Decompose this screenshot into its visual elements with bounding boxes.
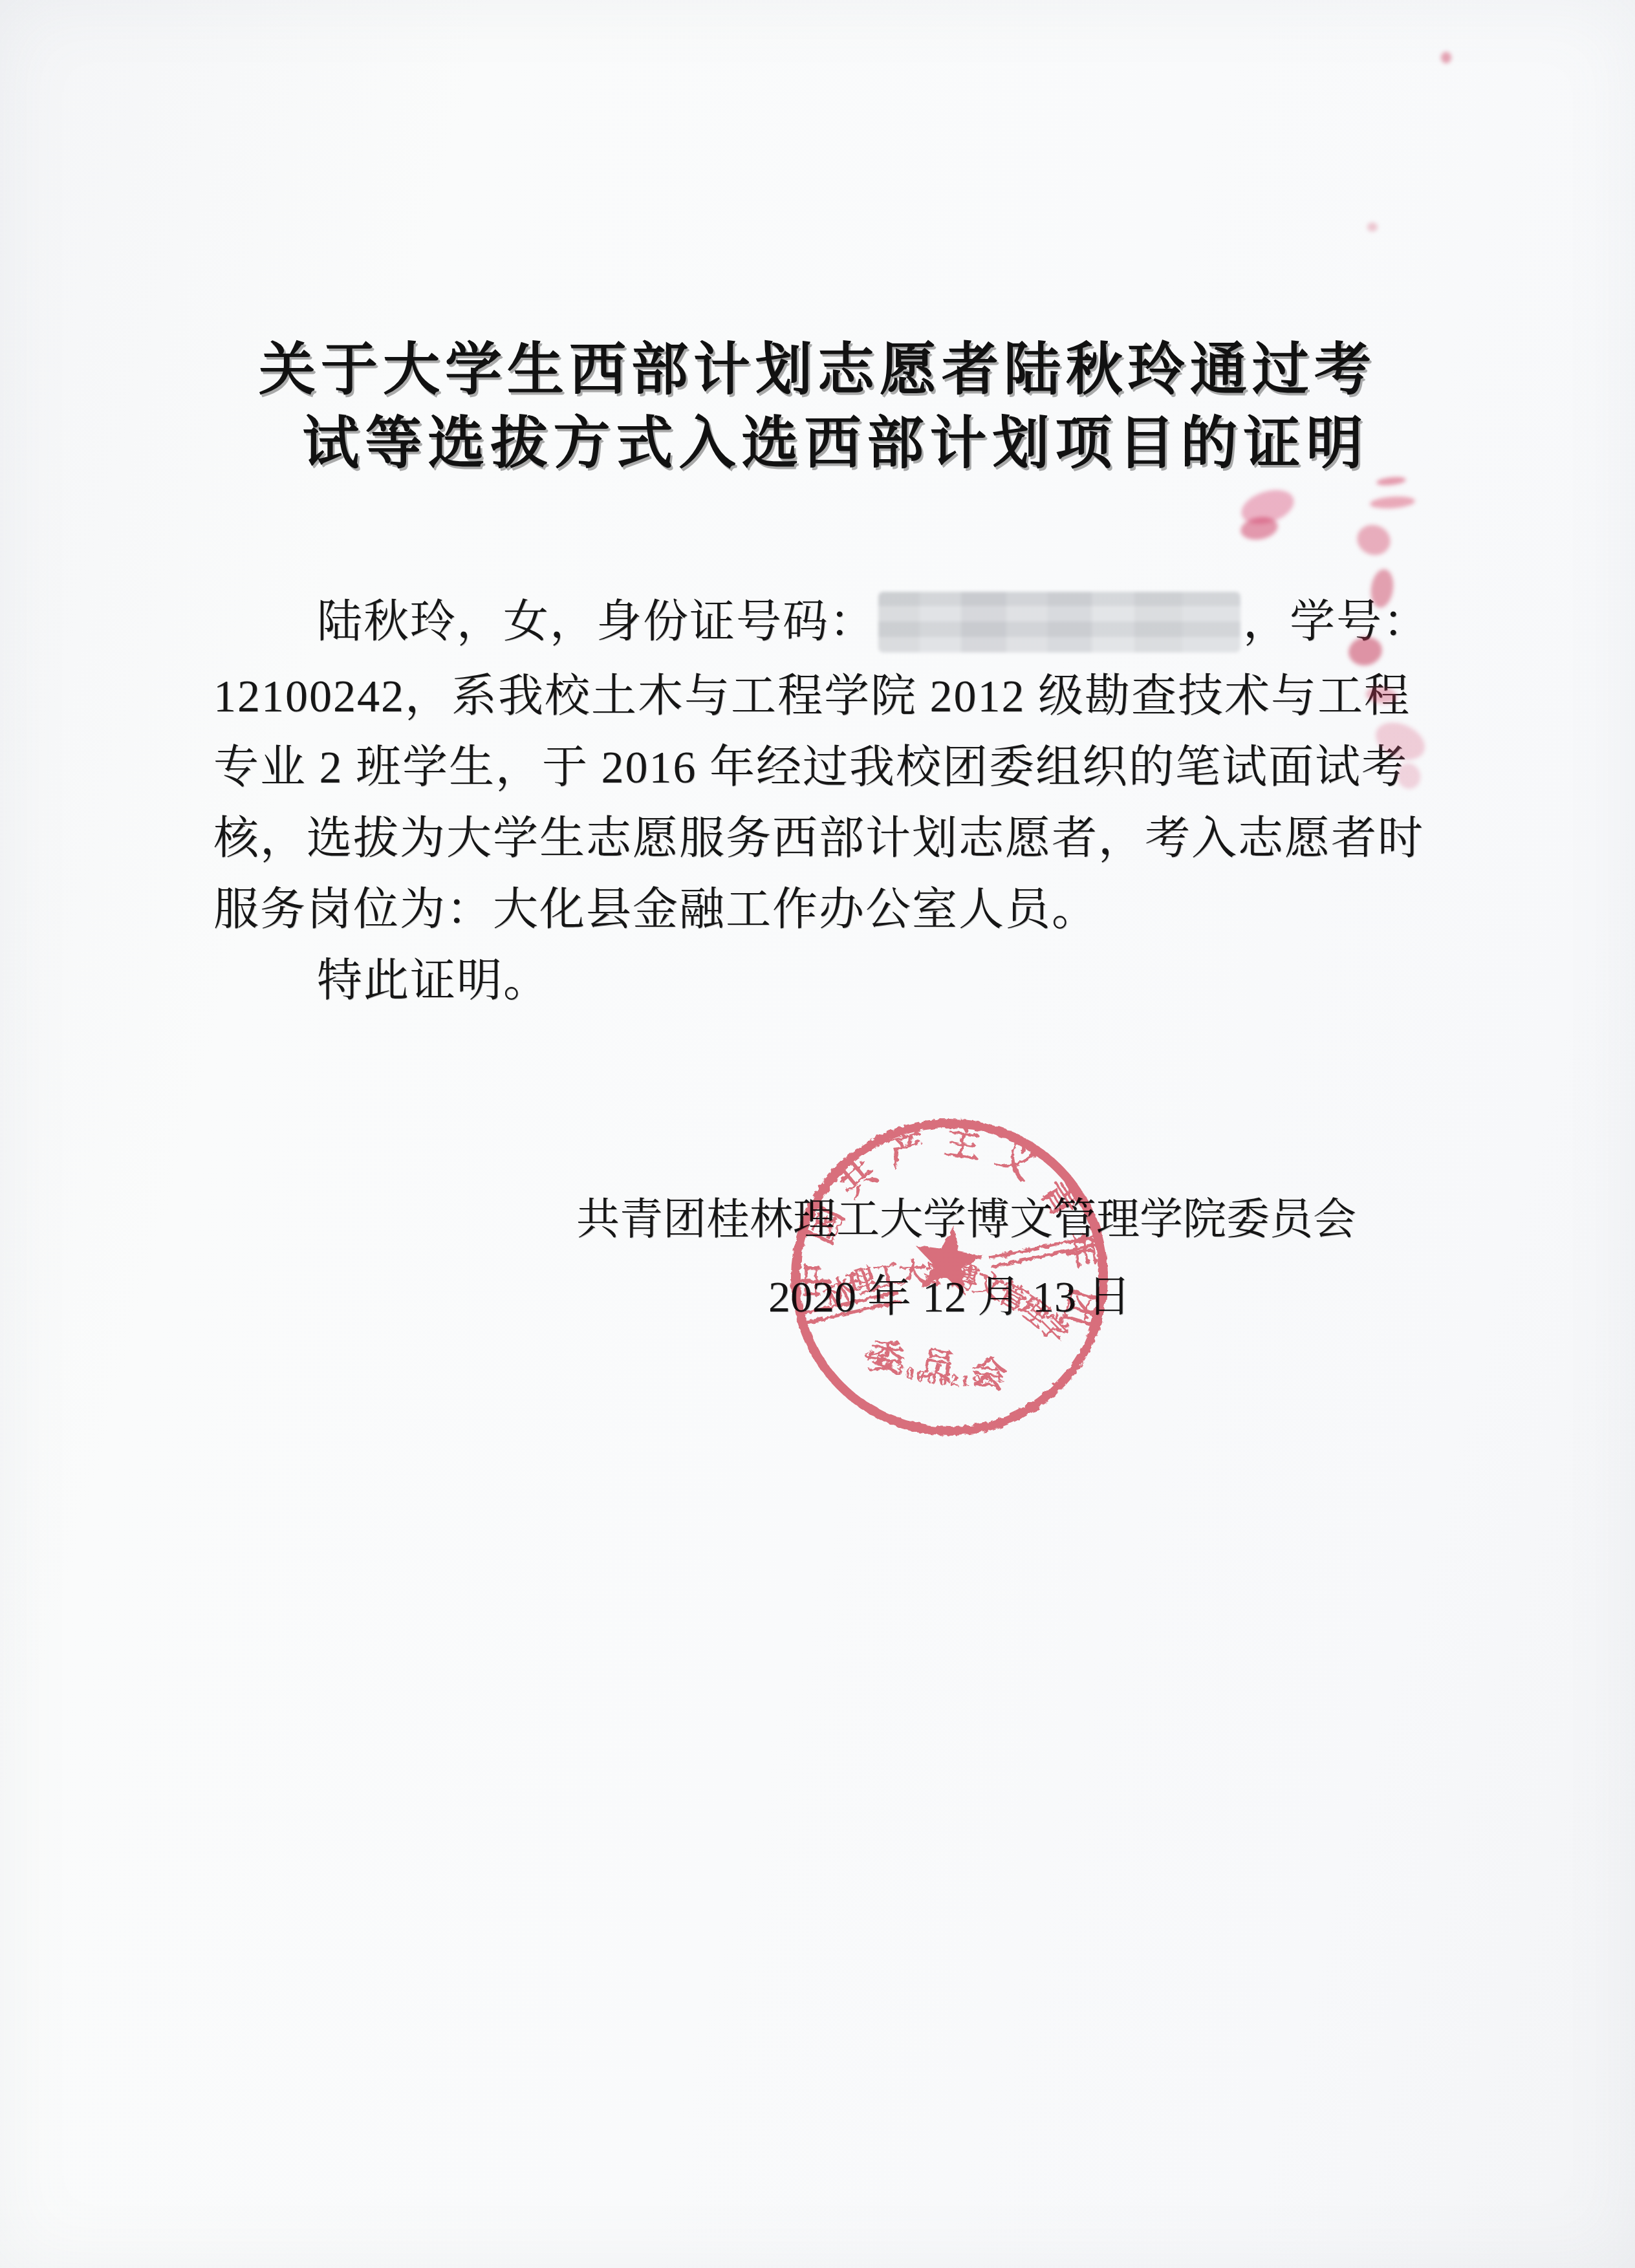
scanned-certificate-page: 关于大学生西部计划志愿者陆秋玲通过考 试等选拔方式入选西部计划项目的证明 陆秋玲… [0,0,1635,2268]
body-line-2: 12100242，系我校土木与工程学院 2012 级勘查技术与工程 [213,662,1429,733]
ink-smudge [1369,495,1415,510]
ink-smudge [1353,520,1395,559]
body-line-1: 陆秋玲，女，身份证号码：，学号： [213,587,1429,662]
seal-rotated-group: 中国共产主义青年团 桂林理工大学博文管理学院 委员会 4503000621991 [768,1096,1131,1454]
body-line-4: 核，选拔为大学生志愿服务西部计划志愿者，考入志愿者时 [213,804,1429,875]
ink-smudge [1367,222,1378,232]
title-line-1: 关于大学生西部计划志愿者陆秋玲通过考 [0,334,1635,407]
body-line-1-suffix: ，学号： [1243,598,1429,647]
title-line-2: 试等选拔方式入选西部计划项目的证明 [0,407,1635,481]
body-paragraph: 陆秋玲，女，身份证号码：，学号： 12100242，系我校土木与工程学院 201… [213,587,1429,1017]
official-seal: 中国共产主义青年团 桂林理工大学博文管理学院 委员会 4503000621991 [768,1096,1131,1458]
body-line-1-prefix: 陆秋玲，女，身份证号码： [317,598,876,647]
body-line-3: 专业 2 班学生，于 2016 年经过我校团委组织的笔试面试考 [213,733,1429,804]
closing-statement: 特此证明。 [213,946,1429,1017]
document-title: 关于大学生西部计划志愿者陆秋玲通过考 试等选拔方式入选西部计划项目的证明 [0,334,1635,481]
redacted-id-number-mosaic [878,592,1240,653]
ink-smudge [1441,52,1451,63]
body-line-5: 服务岗位为：大化县金融工作办公室人员。 [213,875,1429,946]
